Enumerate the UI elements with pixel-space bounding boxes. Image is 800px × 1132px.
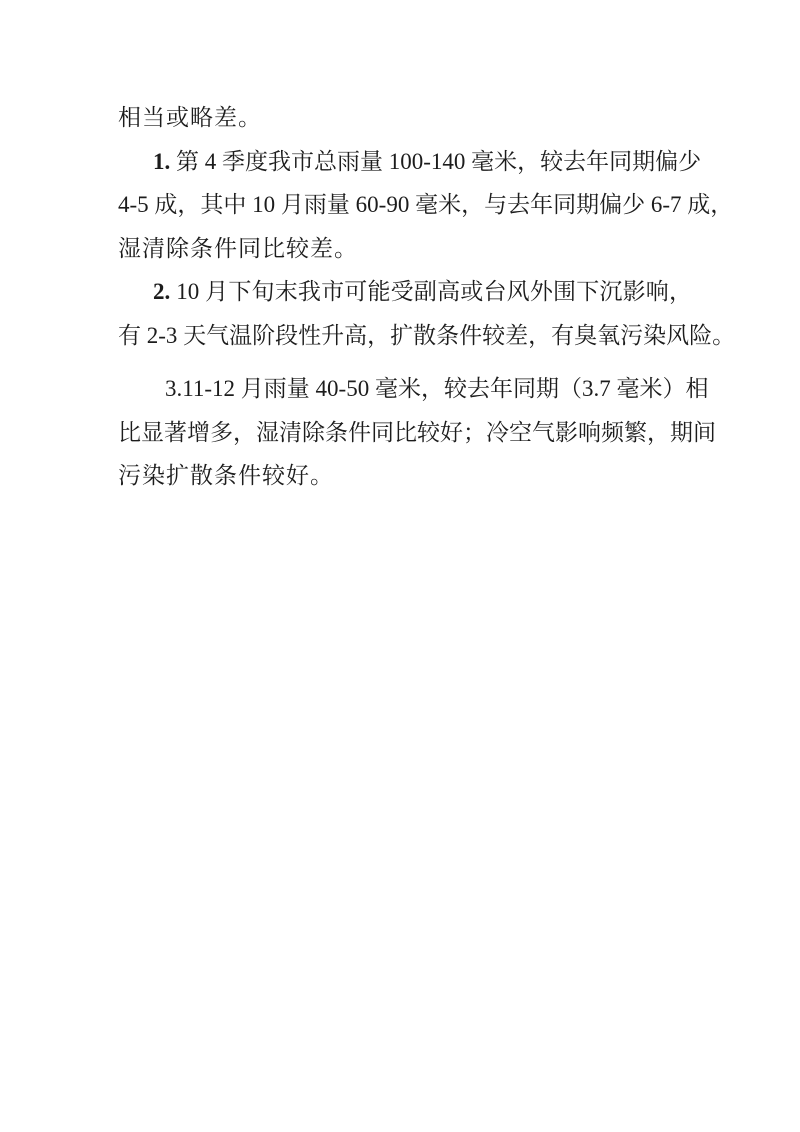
paragraph-line: 有 2-3 天气温阶段性升高，扩散条件较差，有臭氧污染风险。 — [118, 314, 692, 358]
line-text: 10 月下旬末我市可能受副高或台风外围下沉影响， — [170, 279, 692, 304]
paragraph-line: 比显著增多，湿清除条件同比较好；冷空气影响频繁，期间 — [118, 411, 692, 455]
line-text: 相当或略差。 — [118, 105, 262, 130]
paragraph-line: 4-5 成，其中 10 月雨量 60-90 毫米，与去年同期偏少 6-7 成， — [118, 183, 692, 227]
line-text: 污染扩散条件较好。 — [118, 463, 334, 488]
paragraph-line: 3.11-12 月雨量 40-50 毫米，较去年同期（3.7 毫米）相 — [118, 367, 692, 411]
paragraph-line: 2. 10 月下旬末我市可能受副高或台风外围下沉影响， — [118, 270, 692, 314]
line-text: 第 4 季度我市总雨量 100-140 毫米，较去年同期偏少 — [170, 149, 701, 174]
paragraph-line: 湿清除条件同比较差。 — [118, 227, 692, 271]
paragraph-line: 污染扩散条件较好。 — [118, 454, 692, 498]
document-page: 相当或略差。 1. 第 4 季度我市总雨量 100-140 毫米，较去年同期偏少… — [0, 0, 800, 1132]
line-text: 湿清除条件同比较差。 — [118, 236, 358, 261]
paragraph-line: 相当或略差。 — [118, 96, 692, 140]
document-text-block: 相当或略差。 1. 第 4 季度我市总雨量 100-140 毫米，较去年同期偏少… — [118, 96, 692, 498]
line-text: 有 2-3 天气温阶段性升高，扩散条件较差，有臭氧污染风险。 — [118, 323, 735, 348]
line-text: 4-5 成，其中 10 月雨量 60-90 毫米，与去年同期偏少 6-7 成， — [118, 192, 733, 217]
line-text: 3.11-12 月雨量 40-50 毫米，较去年同期（3.7 毫米）相 — [165, 376, 708, 401]
paragraph-number: 1. — [153, 149, 170, 174]
paragraph-number: 2. — [153, 279, 170, 304]
paragraph-line: 1. 第 4 季度我市总雨量 100-140 毫米，较去年同期偏少 — [118, 140, 692, 184]
line-text: 比显著增多，湿清除条件同比较好；冷空气影响频繁，期间 — [118, 420, 716, 445]
